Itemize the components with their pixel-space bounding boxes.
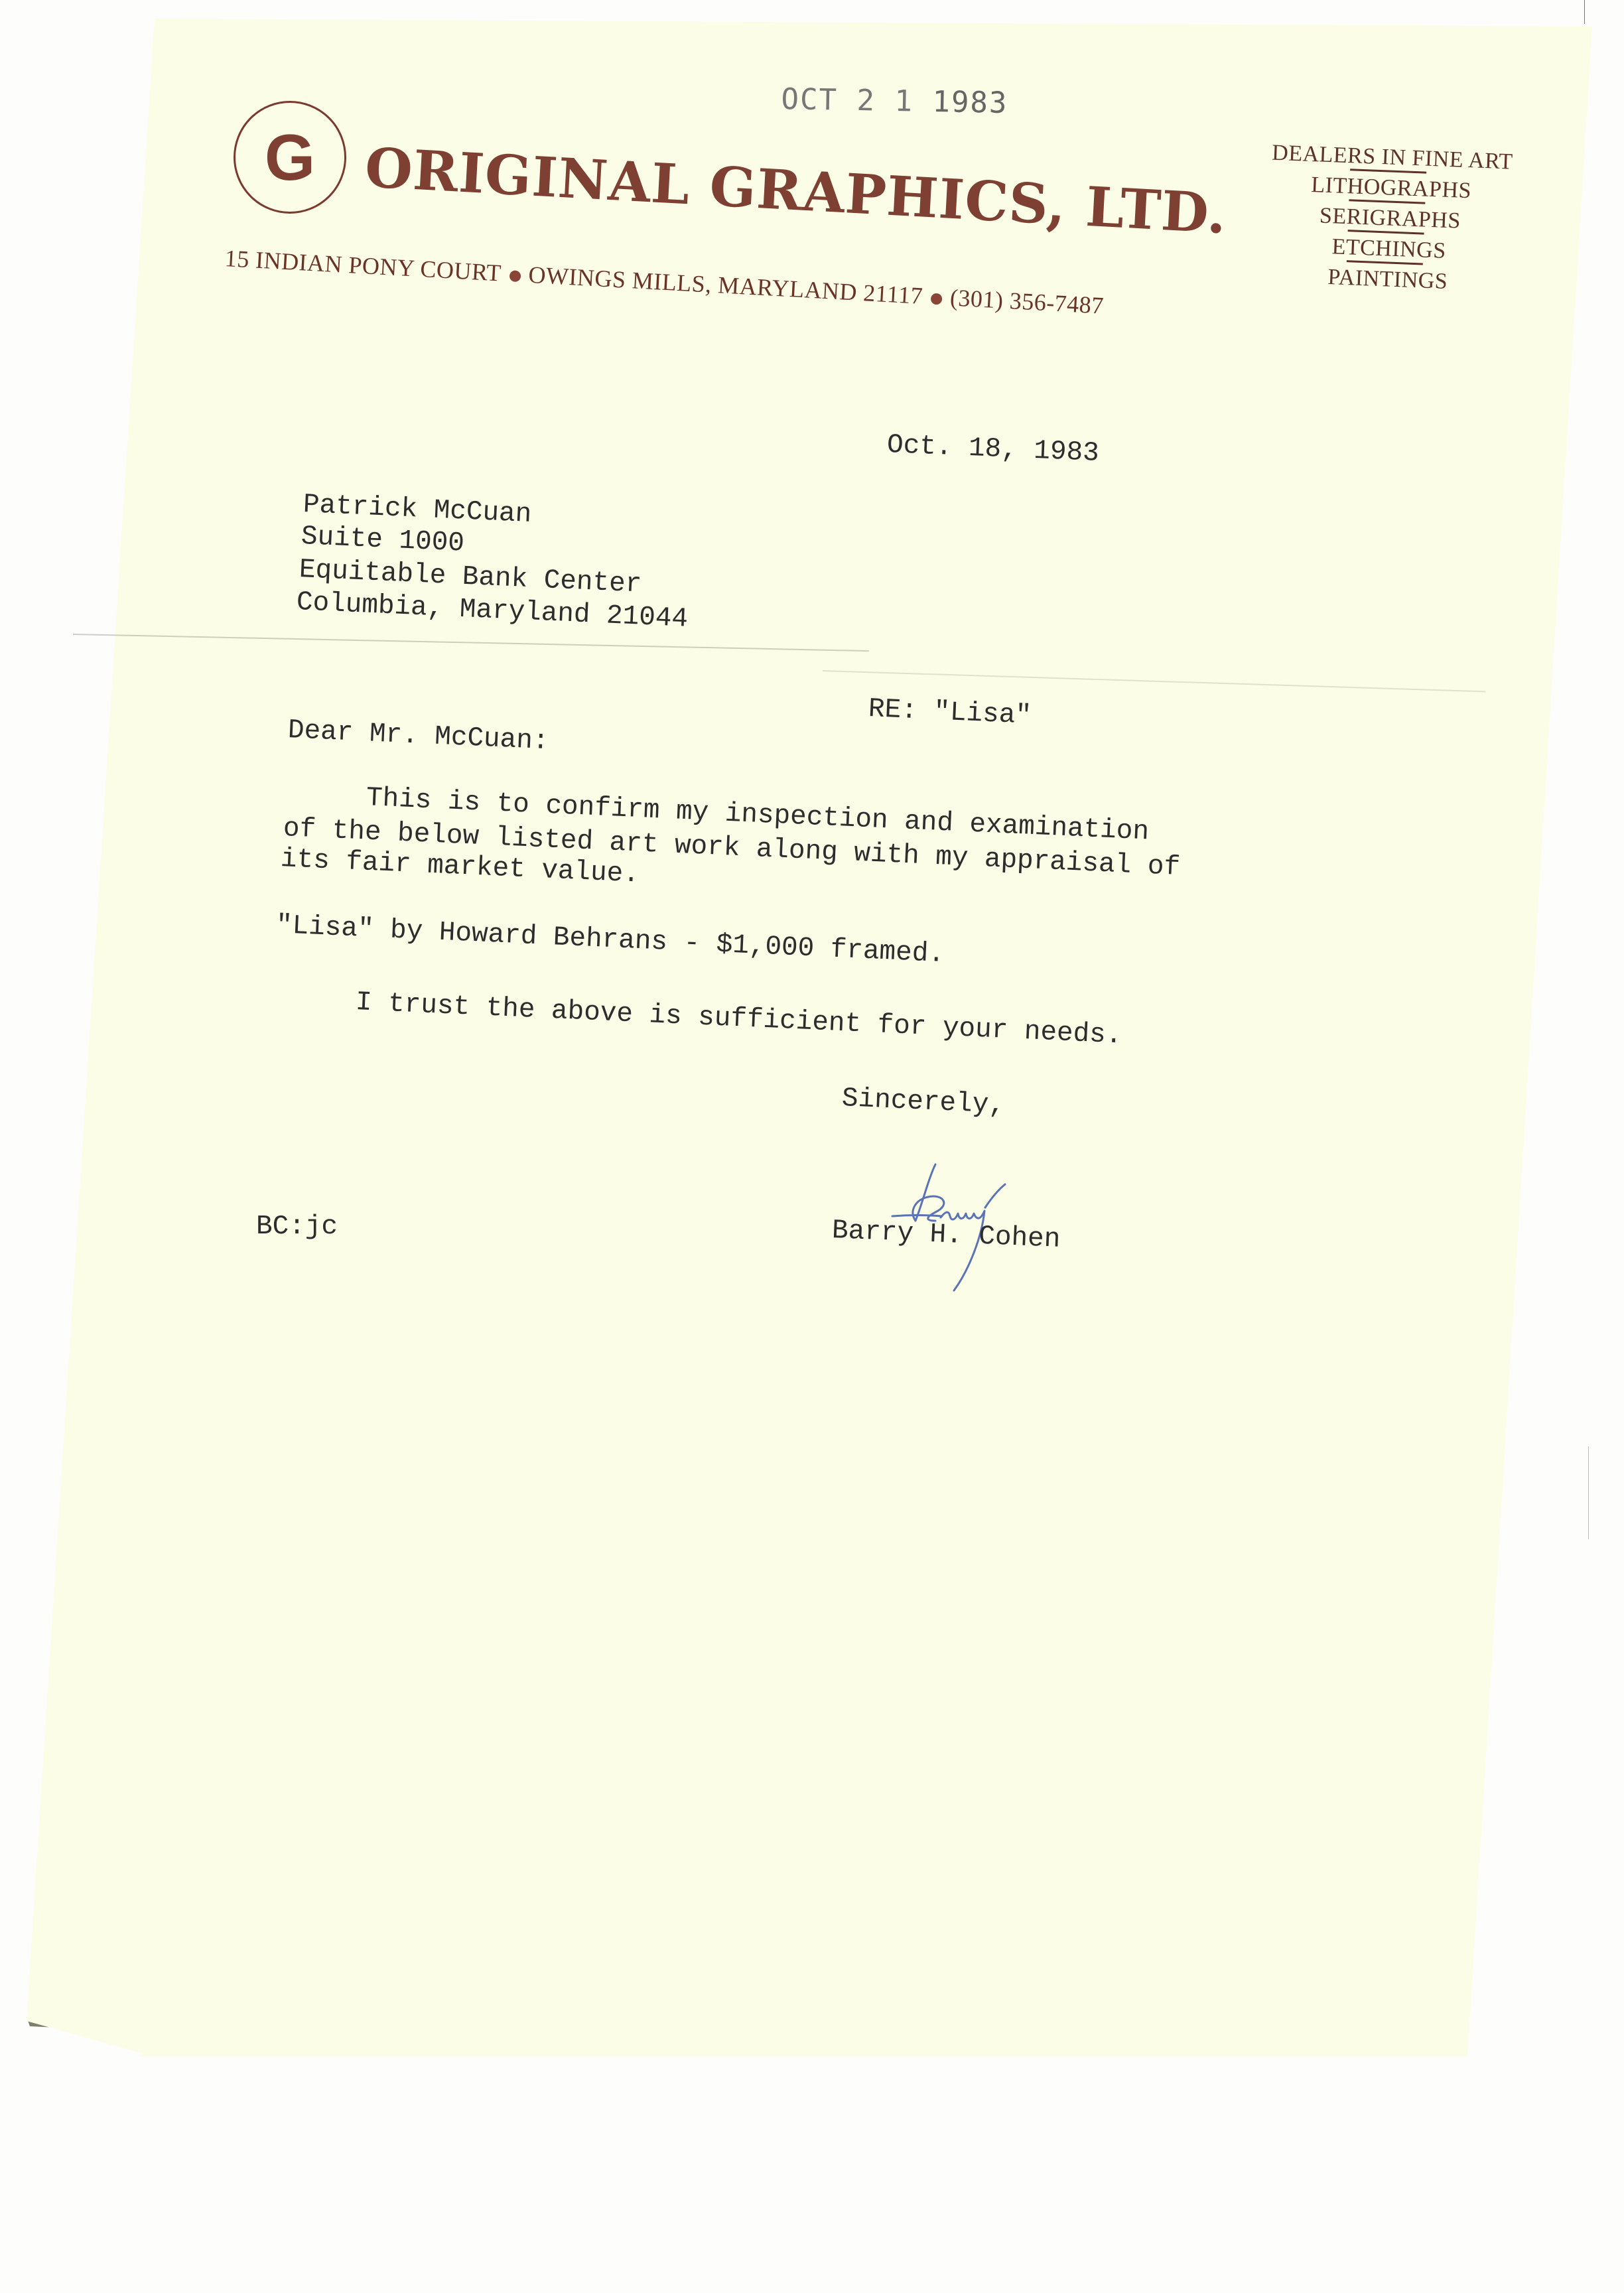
dealer-services-list: DEALERS IN FINE ART LITHOGRAPHS SERIGRAP… [1254, 137, 1526, 300]
stamp-month-day: OCT 2 1 [781, 82, 913, 118]
logo-letter: G [265, 125, 315, 190]
scan-edge-mark [1584, 0, 1585, 24]
letter-page [0, 0, 1624, 2293]
bullet-icon [930, 293, 942, 305]
bullet-icon [509, 270, 521, 282]
company-logo: G [234, 101, 346, 214]
received-date-stamp: OCT 2 1 1983 [781, 82, 1008, 120]
stamp-year: 1983 [932, 85, 1008, 120]
scan-edge-mark [1588, 1446, 1589, 1539]
reference-initials: BC:jc [256, 1212, 338, 1242]
